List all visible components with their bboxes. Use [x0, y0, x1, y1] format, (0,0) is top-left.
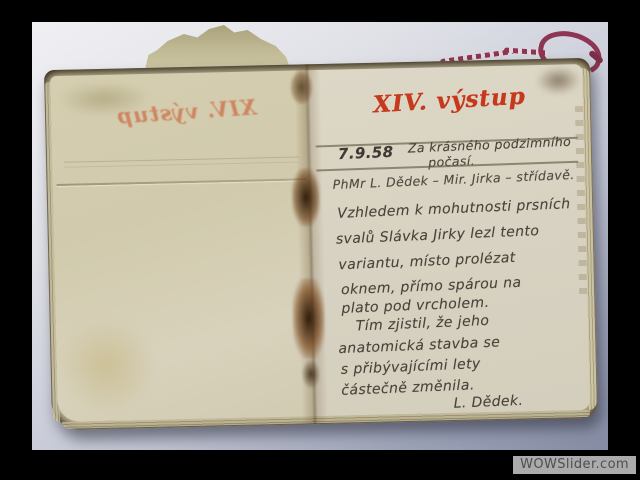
crease-line	[57, 178, 307, 186]
wowslider-watermark[interactable]: WOWSlider.com	[513, 456, 636, 474]
date-text: 7.9.58	[338, 143, 394, 163]
rust-stain-top	[290, 70, 313, 104]
climbers-line: PhMr L. Dědek – Mir. Jirka – střídavě.	[332, 167, 575, 192]
right-page: XIV. výstup 7.9.58 Za krásného podzimníh…	[306, 64, 590, 416]
ruled-line	[64, 161, 299, 167]
handwriting-line: Vzhledem k mohutnosti prsních	[337, 196, 571, 222]
handwriting-line: Tím zjistil, že jeho	[356, 313, 490, 335]
rust-stain-small	[302, 360, 321, 388]
route-heading: XIV. výstup	[356, 82, 542, 120]
handwriting-line: variantu, místo prolézat	[338, 250, 516, 273]
rust-stain-upper	[291, 168, 320, 227]
handwriting-line: anatomická stavba se	[338, 334, 500, 357]
weather-text-line1: Za krásného podzimního	[408, 134, 572, 156]
handwriting-line: svalů Slávka Jirky lezl tento	[336, 223, 540, 248]
signature-text: L. Dědek.	[453, 393, 523, 412]
framed-slide: XIV. výstup XIV. výstup 7.9.58 Za krásné…	[0, 0, 640, 480]
rust-stain-lower	[292, 278, 326, 359]
corner-stain	[536, 66, 581, 95]
notebook-photo: XIV. výstup XIV. výstup 7.9.58 Za krásné…	[32, 22, 608, 450]
stain-blotch	[56, 318, 158, 415]
open-notebook: XIV. výstup XIV. výstup 7.9.58 Za krásné…	[44, 58, 598, 430]
left-page: XIV. výstup	[50, 70, 314, 422]
handwriting-line: s přibývajícími lety	[341, 356, 481, 378]
handwriting-line: oknem, přímo spárou na	[341, 275, 522, 299]
